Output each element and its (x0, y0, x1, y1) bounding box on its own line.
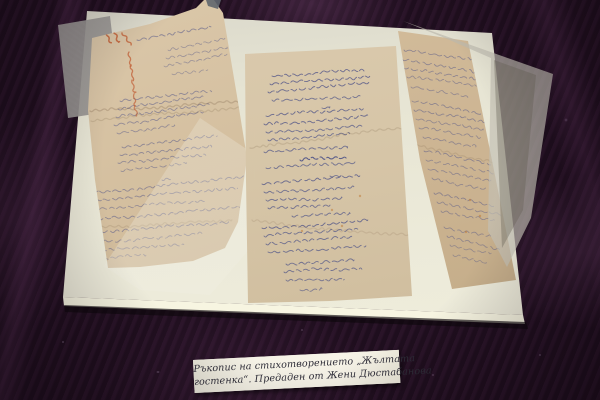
museum-display-photo: Ръкопис на стихотворението „Жълтата гост… (0, 0, 600, 400)
photo-vignette (0, 0, 600, 400)
